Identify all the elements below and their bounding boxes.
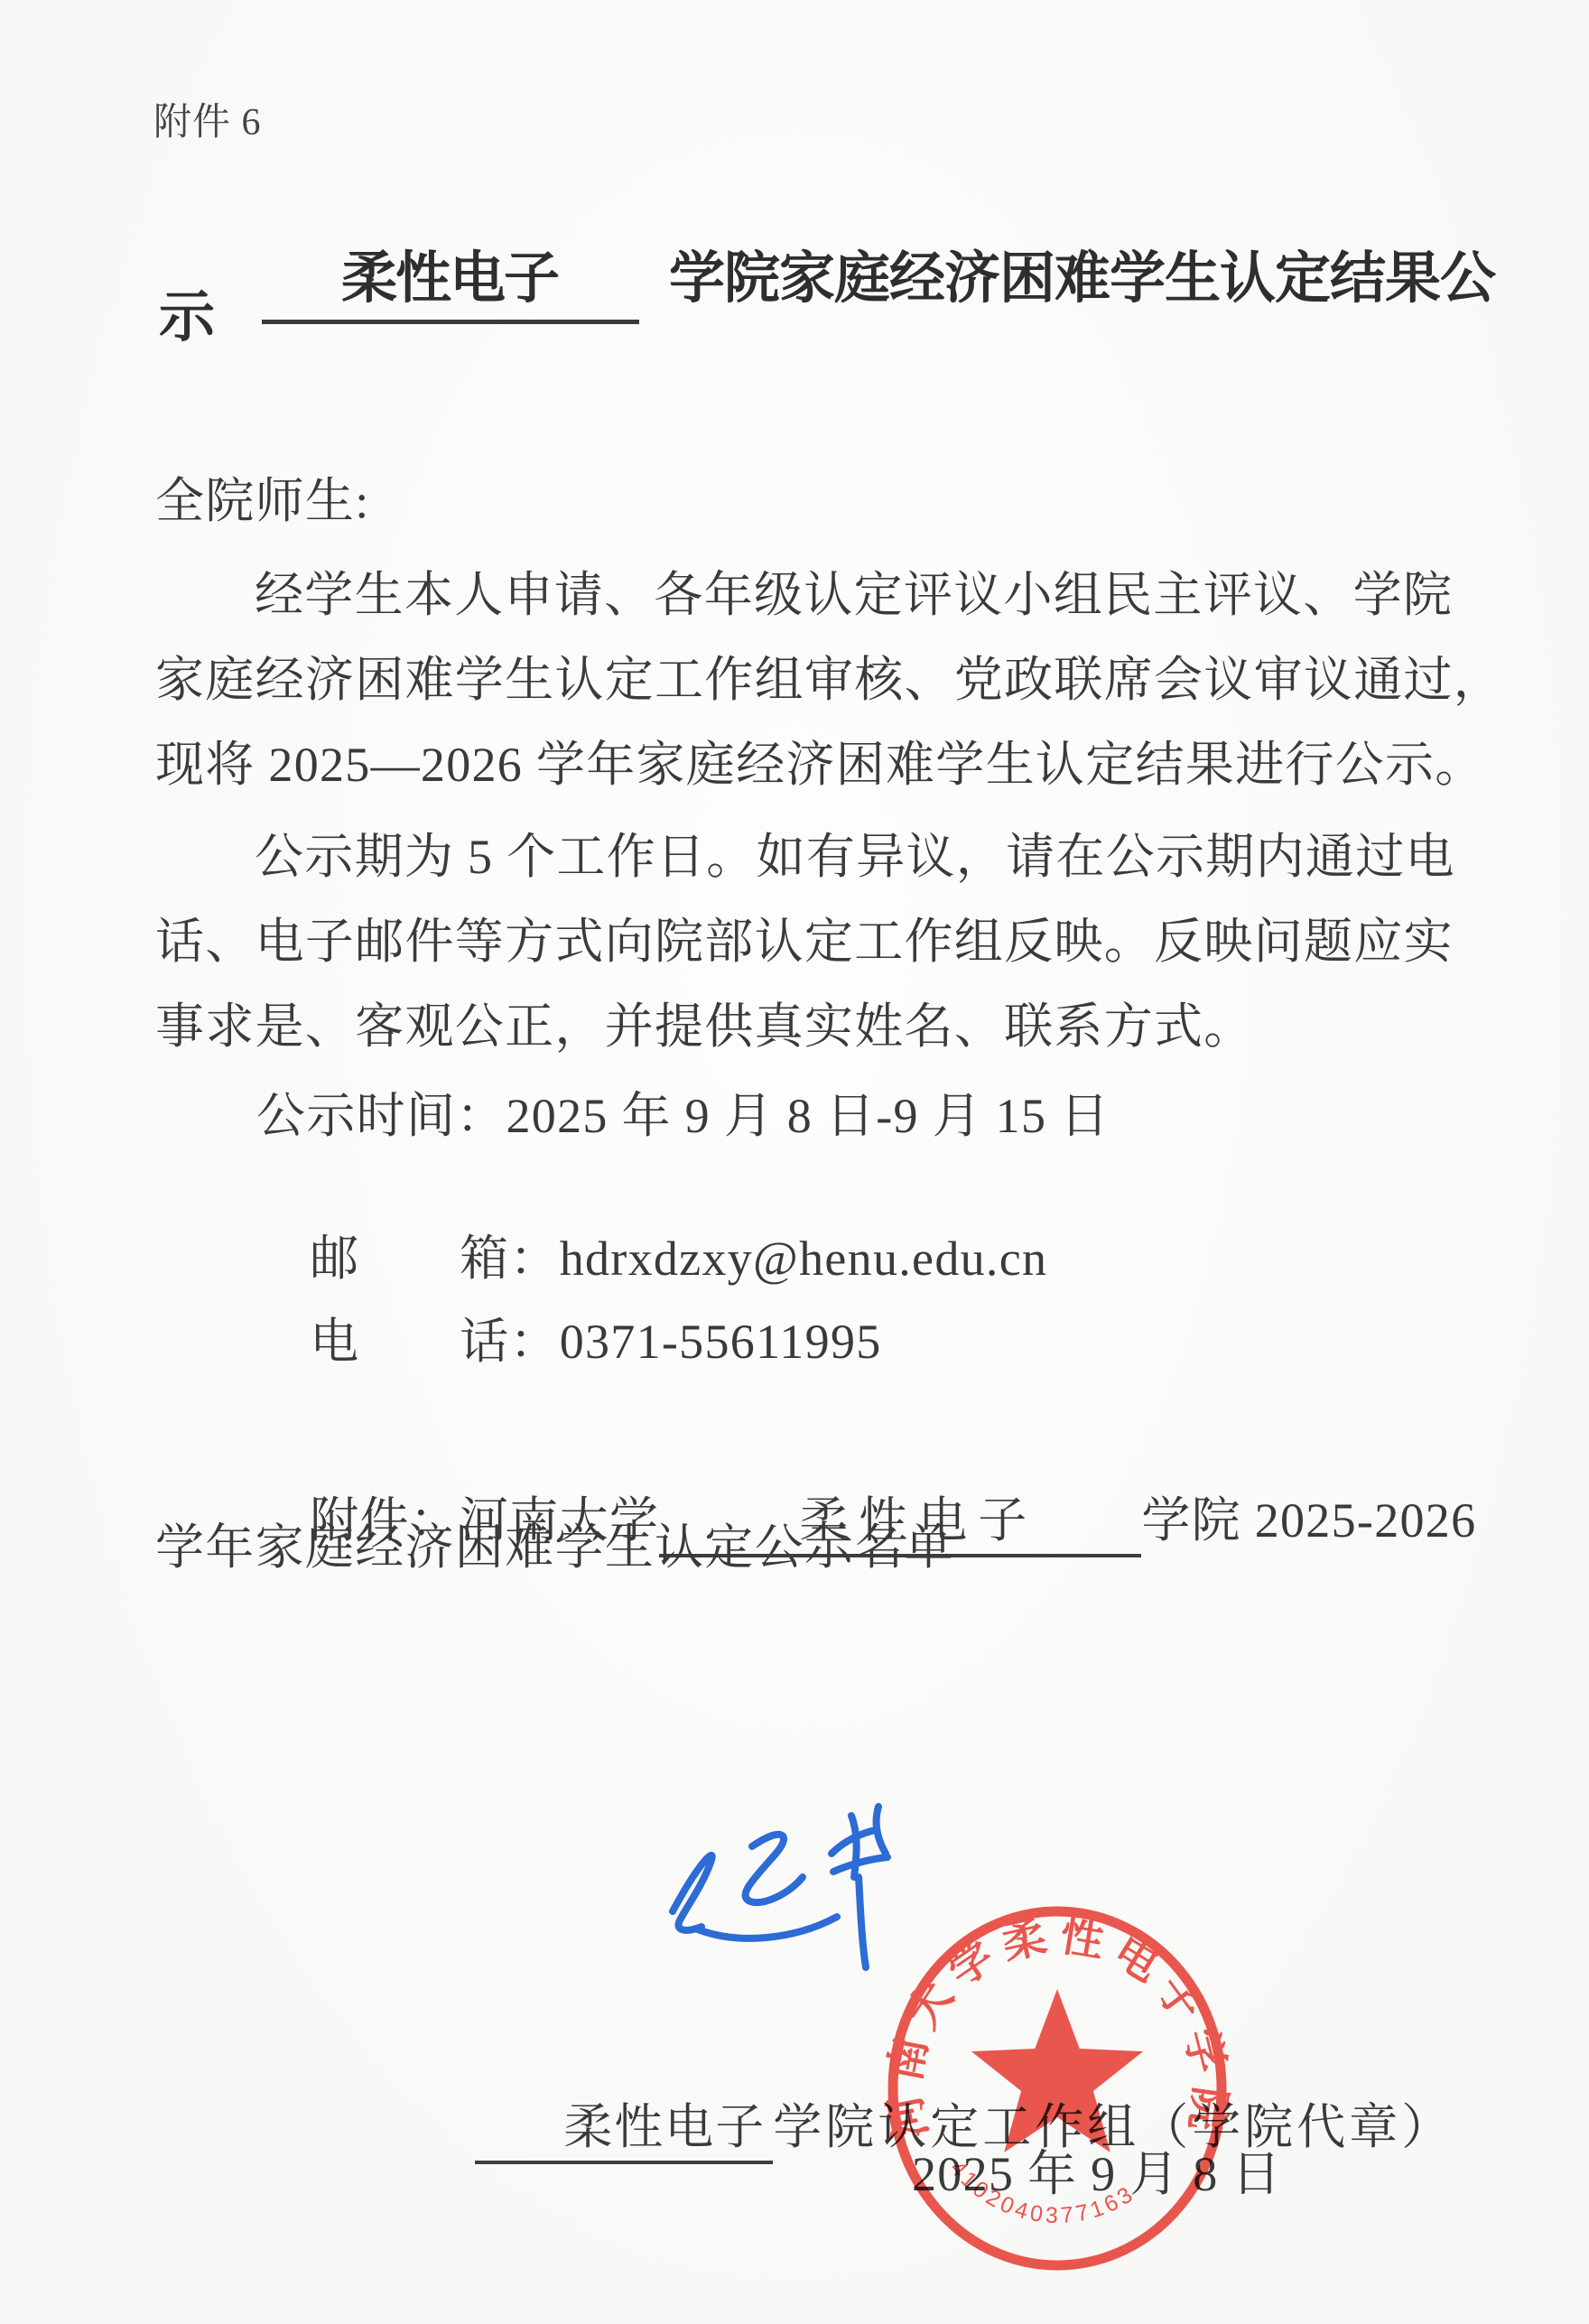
signature-stroke-1	[673, 1855, 712, 1930]
paragraph1-line3: 现将 2025—2026 学年家庭经济困难学生认定结果进行公示。	[155, 737, 1485, 795]
paragraph2-line1: 公示期为 5 个工作日。如有异议，请在公示期内通过电	[255, 829, 1455, 887]
attachment-number-label: 附件 6	[153, 101, 262, 146]
title-college-name-underlined: 柔性电子	[262, 246, 639, 324]
phone-value: 0371-55611995	[560, 1315, 882, 1369]
phone-line: 电 话：0371-55611995	[256, 1256, 882, 1428]
signature-stroke-6	[877, 1807, 886, 1854]
official-seal-stamp: 河南大学柔性电子学院 4102040377163	[868, 1894, 1247, 2282]
attachment-ref-suffix: 学院 2025-2026	[1141, 1493, 1476, 1548]
seal-star-icon	[971, 1989, 1143, 2152]
title-rest: 学院家庭经济困难学生认定结果公	[669, 248, 1495, 310]
doc-title-line2: 示	[159, 285, 214, 351]
paragraph1-line1: 经学生本人申请、各年级认定评议小组民主评议、学院	[255, 567, 1453, 625]
paragraph2-line3: 事求是、客观公正，并提供真实姓名、联系方式。	[155, 999, 1254, 1056]
salutation: 全院师生:	[155, 473, 370, 531]
signature-stroke-2	[746, 1835, 803, 1902]
publicity-period: 公示时间：2025 年 9 月 8 日-9 月 15 日	[256, 1088, 1110, 1146]
signature-stroke-8	[833, 1857, 887, 1872]
phone-label: 电 话：	[310, 1315, 560, 1369]
doc-title-line1: 柔性电子学院家庭经济困难学生认定结果公	[209, 181, 1495, 390]
signature-stroke-3	[698, 1917, 837, 1938]
paragraph1-line2: 家庭经济困难学生认定工作组审核、党政联席会议审议通过，	[155, 652, 1503, 710]
paragraph2-line2: 话、电子邮件等方式向院部认定工作组反映。反映问题应实	[155, 914, 1454, 971]
signoff-college-underlined: 柔性电子	[475, 2099, 773, 2165]
signature-stroke-7	[859, 1877, 866, 1967]
attachment-ref-line2: 学年家庭经济困难学生认定公示名单	[155, 1520, 954, 1577]
scanned-document-page: 附件 6 柔性电子学院家庭经济困难学生认定结果公 示 全院师生: 经学生本人申请…	[0, 0, 1589, 2324]
svg-text:4102040377163: 4102040377163	[945, 2156, 1139, 2228]
seal-serial-number: 4102040377163	[945, 2156, 1139, 2228]
